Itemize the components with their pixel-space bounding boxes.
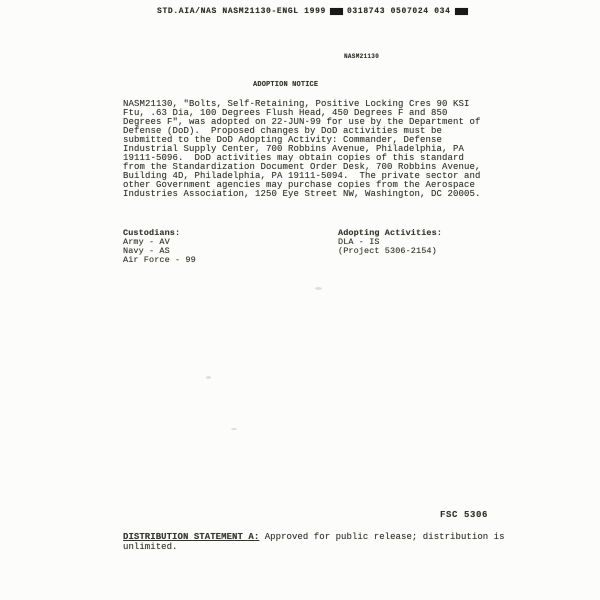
adoption-notice-title: ADOPTION NOTICE xyxy=(253,81,318,89)
scan-header-line: STD.AIA/NAS NASM21130-ENGL 1999 0318743 … xyxy=(157,7,468,16)
body-line: Industries Association, 1250 Eye Street … xyxy=(123,190,495,199)
barcode-block-icon xyxy=(455,8,468,15)
custodians-section: Custodians: Army - AVNavy - ASAir Force … xyxy=(123,229,196,265)
scan-artifact xyxy=(206,376,211,379)
scan-header-left-code: STD.AIA/NAS NASM21130-ENGL 1999 xyxy=(157,7,326,16)
scan-artifact xyxy=(315,287,322,290)
adopting-activities-list: DLA - IS(Project 5306-2154) xyxy=(338,238,442,256)
adopting-activities-section: Adopting Activities: DLA - IS(Project 53… xyxy=(338,229,442,256)
document-number: NASM21130 xyxy=(344,53,379,60)
scan-artifact xyxy=(231,428,237,430)
scan-header-right-code: 0318743 0507024 034 xyxy=(347,7,451,16)
custodian-item: Air Force - 99 xyxy=(123,256,196,265)
body-paragraph: NASM21130, "Bolts, Self-Retaining, Posit… xyxy=(123,100,495,199)
adopting-activity-item: (Project 5306-2154) xyxy=(338,247,442,256)
scanned-document-page: STD.AIA/NAS NASM21130-ENGL 1999 0318743 … xyxy=(0,0,600,600)
distribution-statement-label: DISTRIBUTION STATEMENT A: xyxy=(123,532,259,542)
fsc-code: FSC 5306 xyxy=(440,510,488,520)
barcode-block-icon xyxy=(330,8,343,15)
custodians-list: Army - AVNavy - ASAir Force - 99 xyxy=(123,238,196,265)
distribution-statement: DISTRIBUTION STATEMENT A: Approved for p… xyxy=(123,533,505,552)
